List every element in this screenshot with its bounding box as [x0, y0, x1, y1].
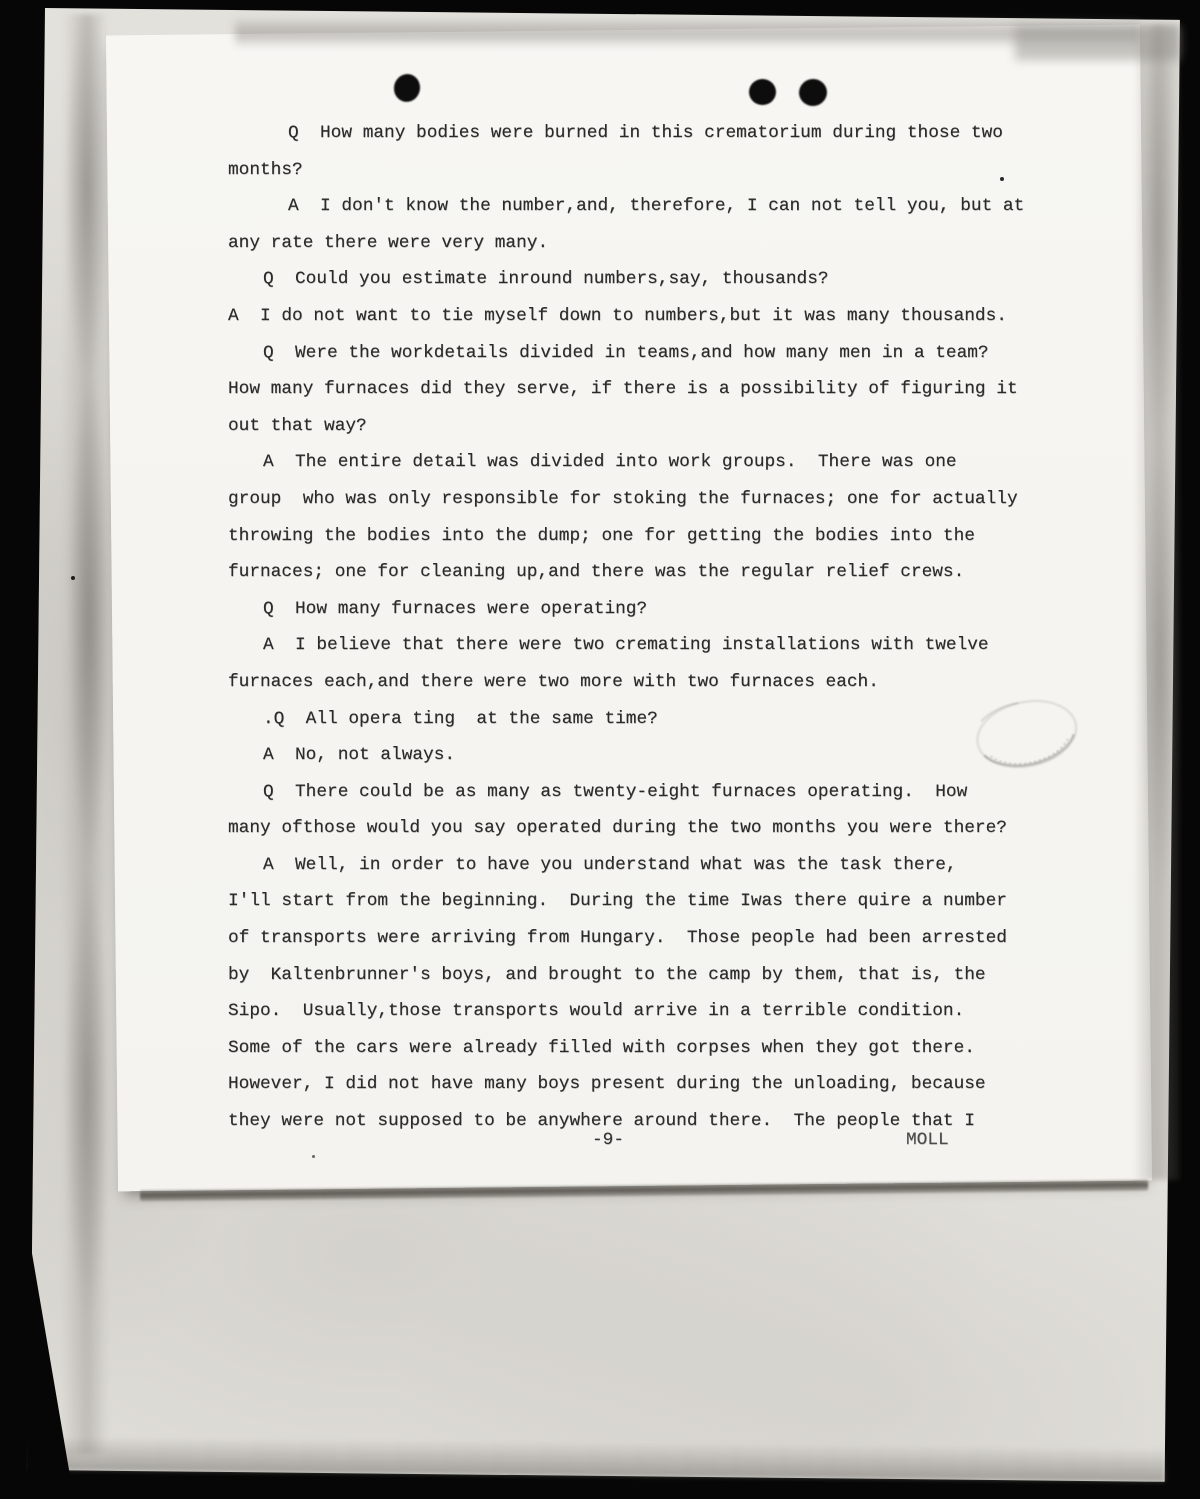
text-layer: Q How many bodies were burned in this cr… — [112, 30, 1146, 1186]
transcript-line: Some of the cars were already filled wit… — [228, 1030, 1058, 1067]
transcript-line: any rate there were very many. — [228, 225, 1058, 262]
transcript-line: furnaces; one for cleaning up,and there … — [228, 554, 1058, 591]
transcript-line: Q There could be as many as twenty-eight… — [228, 774, 1058, 811]
transcript-line: furnaces each,and there were two more wi… — [228, 664, 1058, 701]
punch-hole — [749, 79, 776, 105]
transcript-line: out that way? — [228, 408, 1058, 445]
backing-bottom-shade — [30, 1436, 1165, 1482]
transcript-line: A I don't know the number,and, therefore… — [228, 188, 1058, 225]
scan-speck — [312, 1155, 315, 1158]
transcript-lines: Q How many bodies were burned in this cr… — [228, 115, 1058, 1140]
page-number: -9- — [592, 1130, 624, 1150]
transcript-line: Q Could you estimate inround numbers,say… — [228, 261, 1058, 298]
scan-speck — [1000, 177, 1004, 181]
transcript-line: Q Were the workdetails divided in teams,… — [228, 335, 1058, 372]
transcript-line: months? — [228, 152, 1058, 189]
transcript-line: A I believe that there were two crematin… — [228, 627, 1058, 664]
transcript-line: A I do not want to tie myself down to nu… — [228, 298, 1058, 335]
transcript-line: I'll start from the beginning. During th… — [228, 883, 1058, 920]
scanned-transcript-page: Q How many bodies were burned in this cr… — [0, 0, 1200, 1499]
transcript-line: A The entire detail was divided into wor… — [228, 444, 1058, 481]
transcript-line: A No, not always. — [228, 737, 1058, 774]
transcript-line: throwing the bodies into the dump; one f… — [228, 518, 1058, 555]
transcript-line: Sipo. Usually,those transports would arr… — [228, 993, 1058, 1030]
transcript-line: of transports were arriving from Hungary… — [228, 920, 1058, 957]
transcript-line: group who was only responsible for stoki… — [228, 481, 1058, 518]
document-page: Q How many bodies were burned in this cr… — [106, 25, 1152, 1192]
transcript-line: .Q All opera ting at the same time? — [228, 701, 1058, 738]
scan-speck — [71, 576, 75, 580]
transcript-line: Q How many bodies were burned in this cr… — [228, 115, 1058, 152]
footer-name: MOLL — [906, 1130, 949, 1150]
transcript-line: However, I did not have many boys presen… — [228, 1066, 1058, 1103]
punch-hole — [797, 77, 828, 108]
transcript-line: by Kaltenbrunner's boys, and brought to … — [228, 957, 1058, 994]
punch-hole — [391, 72, 422, 105]
transcript-line: How many furnaces did they serve, if the… — [228, 371, 1058, 408]
transcript-line: Q How many furnaces were operating? — [228, 591, 1058, 628]
transcript-line: many ofthose would you say operated duri… — [228, 810, 1058, 847]
transcript-line: A Well, in order to have you understand … — [228, 847, 1058, 884]
